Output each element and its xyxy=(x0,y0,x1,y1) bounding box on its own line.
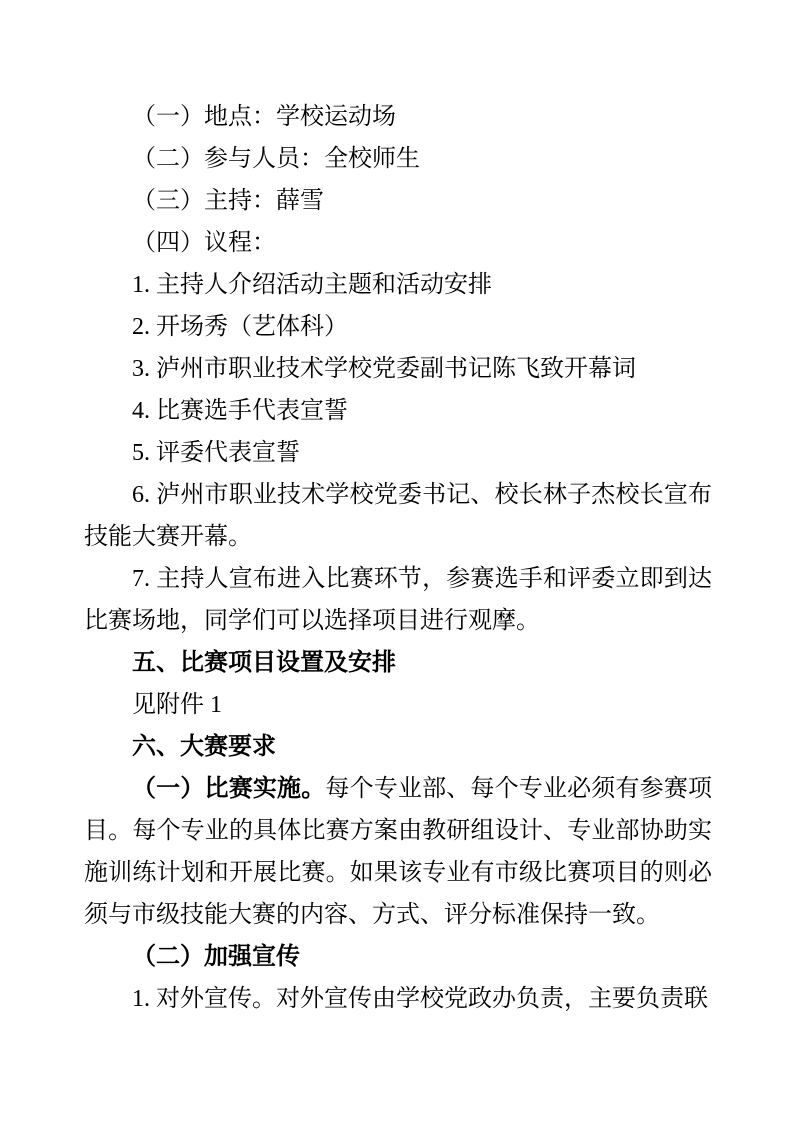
heading-section-5-competition-setup: 五、比赛项目设置及安排 xyxy=(84,642,712,684)
paragraph-lead-competition-implementation: （一）比赛实施。 xyxy=(132,775,325,802)
paragraph-participants: （二）参与人员：全校师生 xyxy=(84,138,712,180)
agenda-item-5: 5. 评委代表宣誓 xyxy=(84,432,712,474)
paragraph-see-attachment: 见附件 1 xyxy=(84,684,712,726)
agenda-item-1: 1. 主持人介绍活动主题和活动安排 xyxy=(84,264,712,306)
paragraph-location: （一）地点：学校运动场 xyxy=(84,96,712,138)
heading-section-6-requirements: 六、大赛要求 xyxy=(84,726,712,768)
agenda-item-7: 7. 主持人宣布进入比赛环节，参赛选手和评委立即到达比赛场地，同学们可以选择项目… xyxy=(84,558,712,642)
document-page: （一）地点：学校运动场 （二）参与人员：全校师生 （三）主持：薛雪 （四）议程：… xyxy=(0,0,793,1122)
paragraph-external-publicity: 1. 对外宣传。对外宣传由学校党政办负责，主要负责联 xyxy=(84,978,712,1020)
agenda-item-2: 2. 开场秀（艺体科） xyxy=(84,306,712,348)
paragraph-host: （三）主持：薛雪 xyxy=(84,180,712,222)
agenda-item-6: 6. 泸州市职业技术学校党委书记、校长林子杰校长宣布技能大赛开幕。 xyxy=(84,474,712,558)
paragraph-agenda-label: （四）议程： xyxy=(84,222,712,264)
paragraph-competition-implementation: （一）比赛实施。每个专业部、每个专业必须有参赛项目。每个专业的具体比赛方案由教研… xyxy=(84,768,712,936)
agenda-item-3: 3. 泸州市职业技术学校党委副书记陈飞致开幕词 xyxy=(84,348,712,390)
agenda-item-4: 4. 比赛选手代表宣誓 xyxy=(84,390,712,432)
heading-strengthen-publicity: （二）加强宣传 xyxy=(84,936,712,978)
